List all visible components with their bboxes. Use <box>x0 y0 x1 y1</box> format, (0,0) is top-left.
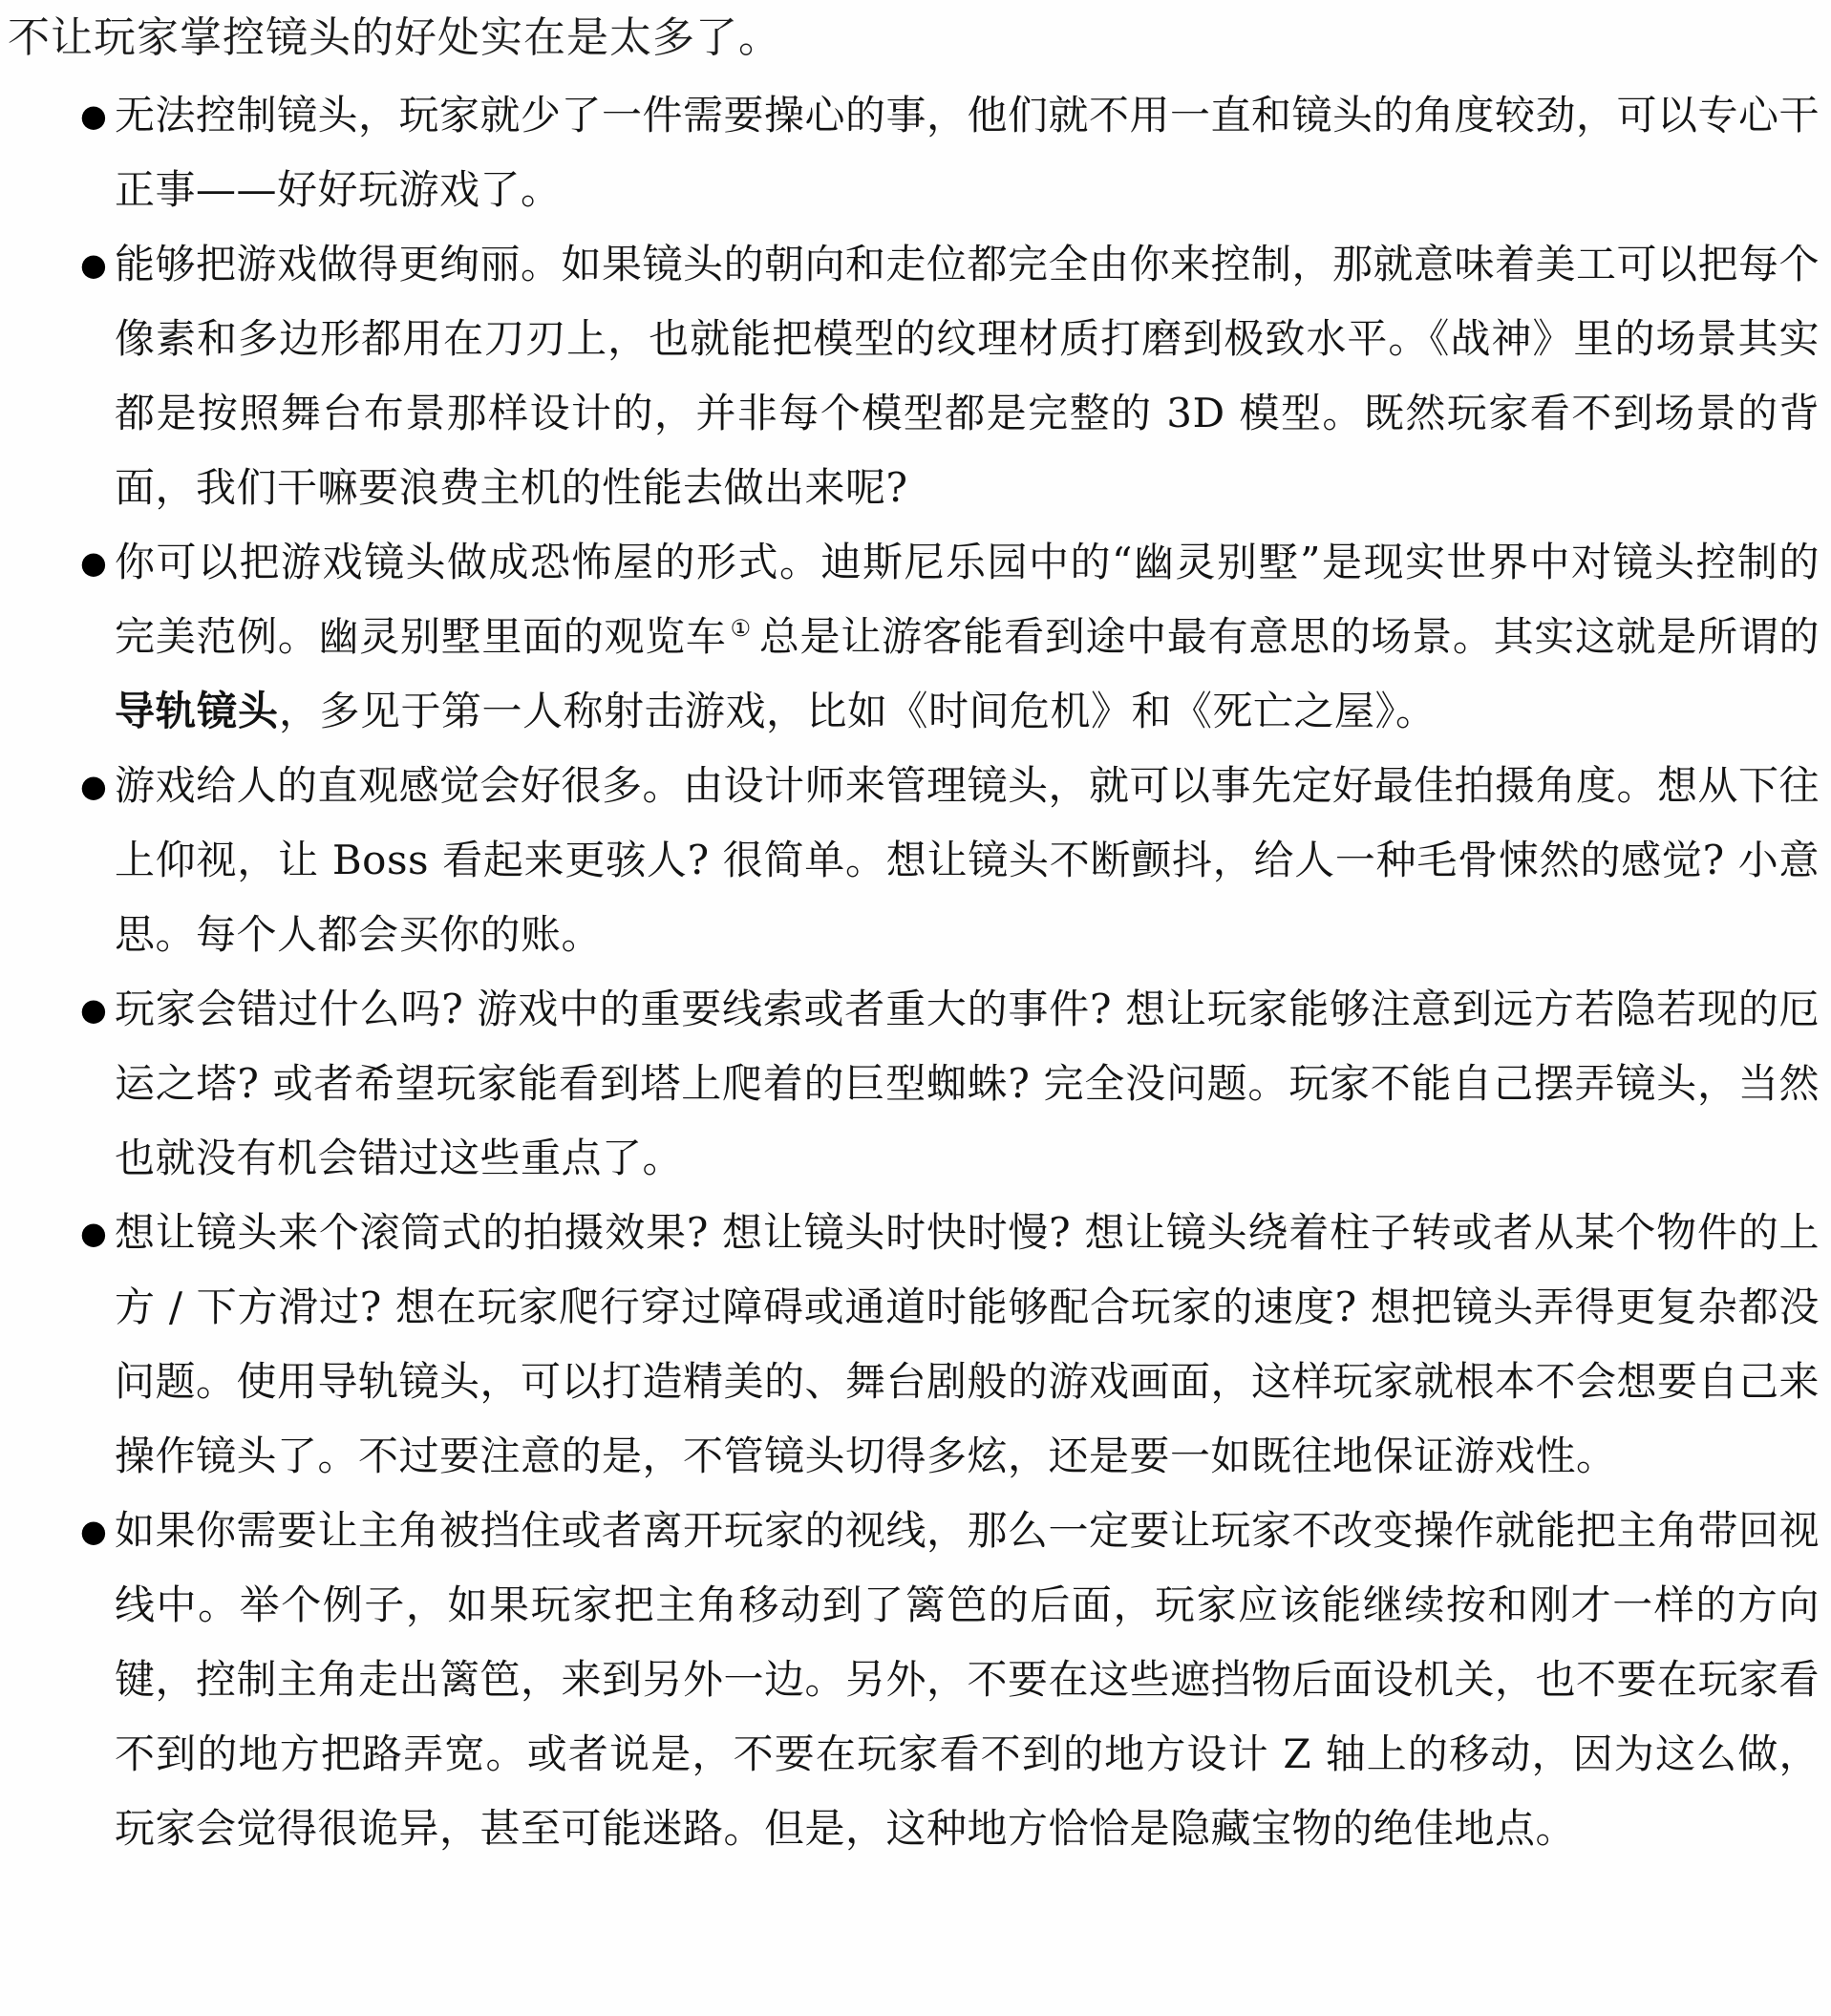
list-item: ●无法控制镜头，玩家就少了一件需要操心的事，他们就不用一直和镜头的角度较劲，可以… <box>8 78 1820 227</box>
bullet-text: 无法控制镜头，玩家就少了一件需要操心的事，他们就不用一直和镜头的角度较劲，可以专… <box>115 92 1820 213</box>
body-text: 游戏给人的直观感觉会好很多。由设计师来管理镜头，就可以事先定好最佳拍摄角度。想从… <box>115 762 1820 958</box>
footnote-marker: ① <box>731 615 752 642</box>
body-text: 想让镜头来个滚筒式的拍摄效果? 想让镜头时快时慢? 想让镜头绕着柱子转或者从某个… <box>115 1209 1820 1479</box>
bullet-icon: ● <box>80 227 113 302</box>
list-item: ●想让镜头来个滚筒式的拍摄效果? 想让镜头时快时慢? 想让镜头绕着柱子转或者从某… <box>8 1196 1820 1494</box>
body-text: 如果你需要让主角被挡住或者离开玩家的视线，那么一定要让玩家不改变操作就能把主角带… <box>115 1507 1820 1852</box>
list-item: ●你可以把游戏镜头做成恐怖屋的形式。迪斯尼乐园中的“幽灵别墅”是现实世界中对镜头… <box>8 525 1820 749</box>
list-item: ●游戏给人的直观感觉会好很多。由设计师来管理镜头，就可以事先定好最佳拍摄角度。想… <box>8 749 1820 972</box>
body-text: ，多见于第一人称射击游戏，比如《时间危机》和《死亡之屋》。 <box>279 688 1437 734</box>
bullet-text: 你可以把游戏镜头做成恐怖屋的形式。迪斯尼乐园中的“幽灵别墅”是现实世界中对镜头控… <box>115 539 1820 734</box>
body-text: 无法控制镜头，玩家就少了一件需要操心的事，他们就不用一直和镜头的角度较劲，可以专… <box>115 92 1820 213</box>
book-page: 不让玩家掌控镜头的好处实在是太多了。 ●无法控制镜头，玩家就少了一件需要操心的事… <box>0 0 1831 2016</box>
bullet-icon: ● <box>80 525 113 600</box>
bullet-text: 如果你需要让主角被挡住或者离开玩家的视线，那么一定要让玩家不改变操作就能把主角带… <box>115 1507 1820 1852</box>
body-text: 能够把游戏做得更绚丽。如果镜头的朝向和走位都完全由你来控制，那就意味着美工可以把… <box>115 241 1820 511</box>
bullet-text: 想让镜头来个滚筒式的拍摄效果? 想让镜头时快时慢? 想让镜头绕着柱子转或者从某个… <box>115 1209 1820 1479</box>
bullet-text: 玩家会错过什么吗? 游戏中的重要线索或者重大的事件? 想让玩家能够注意到远方若隐… <box>115 986 1820 1181</box>
list-item: ●能够把游戏做得更绚丽。如果镜头的朝向和走位都完全由你来控制，那就意味着美工可以… <box>8 227 1820 525</box>
bullet-list: ●无法控制镜头，玩家就少了一件需要操心的事，他们就不用一直和镜头的角度较劲，可以… <box>8 78 1820 1866</box>
bullet-icon: ● <box>80 749 113 823</box>
bullet-text: 游戏给人的直观感觉会好很多。由设计师来管理镜头，就可以事先定好最佳拍摄角度。想从… <box>115 762 1820 958</box>
bullet-icon: ● <box>80 78 113 153</box>
emphasized-term: 导轨镜头 <box>115 688 279 734</box>
list-item: ●玩家会错过什么吗? 游戏中的重要线索或者重大的事件? 想让玩家能够注意到远方若… <box>8 972 1820 1196</box>
bullet-icon: ● <box>80 1196 113 1270</box>
bullet-text: 能够把游戏做得更绚丽。如果镜头的朝向和走位都完全由你来控制，那就意味着美工可以把… <box>115 241 1820 511</box>
body-text: 玩家会错过什么吗? 游戏中的重要线索或者重大的事件? 想让玩家能够注意到远方若隐… <box>115 986 1820 1181</box>
bullet-icon: ● <box>80 972 113 1047</box>
bullet-icon: ● <box>80 1494 113 1568</box>
list-item: ●如果你需要让主角被挡住或者离开玩家的视线，那么一定要让玩家不改变操作就能把主角… <box>8 1494 1820 1866</box>
body-text: 总是让游客能看到途中最有意思的场景。其实这就是所谓的 <box>759 613 1820 660</box>
page-title: 不让玩家掌控镜头的好处实在是太多了。 <box>8 8 1820 69</box>
